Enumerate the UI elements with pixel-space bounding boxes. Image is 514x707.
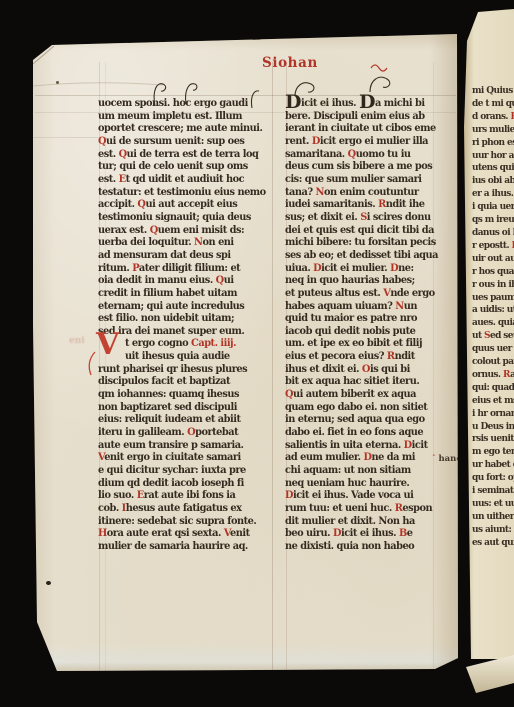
- text-line: danus oi l: [472, 227, 514, 240]
- text-segment: uir out au: [472, 254, 514, 264]
- red-capital: O: [362, 364, 370, 375]
- text-line: Dicit ei ihus. Vade voca ui: [285, 490, 460, 503]
- red-capital: O: [187, 427, 195, 438]
- text-line: uiua. Dicit ei mulier. Dne:: [285, 263, 460, 276]
- text-segment: uerba dei loquitur.: [98, 237, 194, 248]
- text-segment: utens quia: [472, 163, 514, 173]
- text-segment: i quia uer: [472, 202, 514, 212]
- text-line: qu fort: opi: [472, 472, 514, 485]
- parchment-crease: [33, 83, 163, 86]
- text-line: r epostt. Du: [472, 240, 514, 253]
- red-capital: D: [313, 263, 321, 274]
- red-capital: H: [510, 112, 514, 122]
- text-segment: uit ihesus quia audie: [125, 351, 230, 362]
- text-segment: et puteus altus est.: [285, 288, 383, 299]
- text-segment: ornus.: [472, 370, 503, 380]
- red-capital: N: [316, 187, 324, 198]
- text-line: michi bibere: tu forsitan pecis: [285, 237, 460, 250]
- red-capital: Q: [216, 275, 224, 286]
- text-segment: aute eum transire p samaria.: [98, 440, 243, 451]
- red-capital: Capt. iiij.: [191, 338, 236, 349]
- text-segment: est.: [98, 149, 119, 160]
- text-line: uocem sponsi. hoc ergo gaudi: [98, 98, 276, 111]
- text-segment: u Deus in: [472, 422, 514, 432]
- text-segment: a uidis: ut: [472, 305, 514, 315]
- text-line: de t mi qui: [472, 98, 514, 111]
- red-capital: D: [333, 528, 341, 539]
- ink-show-through: eni: [69, 336, 85, 346]
- text-segment: itinere: sedebat sic supra fonte.: [98, 516, 256, 527]
- text-segment: eternam; qui aute incredulus: [98, 301, 244, 312]
- text-line: quam ego dabo ei. non sitiet: [285, 402, 460, 415]
- text-segment: uiua.: [285, 263, 313, 274]
- text-segment: mulier de samaria haurire aq.: [98, 541, 248, 552]
- text-segment: neq ueniam huc haurire.: [285, 478, 409, 489]
- text-line: e qui dicitur sychar: iuxta pre: [98, 465, 276, 478]
- text-segment: ritum.: [98, 263, 132, 274]
- text-line: samaritana. Quomo tu iu: [285, 149, 460, 162]
- text-line: ne dixisti. quia non habeo: [285, 541, 460, 554]
- red-capital: N: [395, 301, 403, 312]
- text-line: oportet crescere; me aute minui.: [98, 123, 276, 136]
- red-capital: H: [98, 528, 107, 539]
- text-segment: er a ihus. I: [472, 189, 514, 199]
- text-segment: urs mulier.: [472, 125, 514, 135]
- text-segment: uur hor ab: [472, 151, 514, 161]
- text-segment: est filio. non uidebit uitam;: [98, 313, 234, 324]
- text-segment: quus uer: [472, 344, 512, 354]
- text-segment: r ous in ihno: [472, 280, 514, 290]
- text-segment: eius: reliquit iudeam et abiit: [98, 414, 240, 425]
- text-line: beo uiru. Dicit ei ihus. Be: [285, 528, 460, 541]
- text-segment: lio suo.: [98, 490, 137, 501]
- text-line: tur; qui de celo uenit sup oms: [98, 161, 276, 174]
- text-segment: au: [510, 370, 514, 380]
- text-segment: neq in quo haurias habes;: [285, 275, 415, 286]
- manuscript-page: Siohan uocem sponsi. hoc ergo gaudium me…: [33, 34, 458, 671]
- red-capital: D: [404, 440, 412, 451]
- text-segment: icit: [412, 440, 428, 451]
- text-segment: beo uiru.: [285, 528, 333, 539]
- text-segment: cob.: [98, 503, 122, 514]
- text-segment: uem eni misit ds:: [158, 225, 244, 236]
- text-segment: ses ab eo; et dedisset tibi aqua: [285, 250, 438, 261]
- text-line: mi Quius q: [472, 85, 514, 98]
- text-segment: dabo ei. fiet in eo fons aque: [285, 427, 423, 438]
- under-leaf-edge: [466, 655, 514, 693]
- text-segment: qu fort: opi: [472, 473, 514, 483]
- text-line: qs m ireue: [472, 214, 514, 227]
- text-line: aute eum transire p samaria.: [98, 440, 276, 453]
- red-capital: E: [119, 174, 126, 185]
- text-line: eius: reliquit iudeam et abiit: [98, 414, 276, 427]
- text-line: testatur: et testimoniu eius nemo: [98, 187, 276, 200]
- text-line: rent. Dicit ergo ei mulier illa: [285, 136, 460, 149]
- text-segment: chi aquam: ut non sitiam: [285, 465, 411, 476]
- text-segment: um meum impletu est. Illum: [98, 111, 242, 122]
- text-line: neq in quo haurias habes;: [285, 275, 460, 288]
- text-segment: ui de sursum uenit: sup oes: [106, 136, 244, 147]
- text-segment: dit mulier et dixit. Non ha: [285, 516, 415, 527]
- text-line: ihus et dixit ei. Ois qui bi: [285, 364, 460, 377]
- manuscript-photo: Siohan uocem sponsi. hoc ergo gaudium me…: [0, 0, 514, 707]
- text-line: dit mulier et dixit. Non ha: [285, 516, 460, 529]
- text-segment: t qd uidit et audiuit hoc: [126, 174, 245, 185]
- text-line: d orans. Hon: [472, 111, 514, 124]
- text-segment: ui autem biberit ex aqua: [293, 389, 416, 400]
- text-segment: ut: [472, 331, 484, 341]
- text-segment: bere. Discipuli enim eius ab: [285, 111, 425, 122]
- text-segment: hesus aute fatigatus ex: [126, 503, 242, 514]
- text-segment: discipulos facit et baptizat: [98, 376, 230, 387]
- text-line: uur hor ab: [472, 150, 514, 163]
- parchment-speck: [56, 81, 59, 84]
- text-line: Qui autem biberit ex aqua: [285, 389, 460, 402]
- text-line: rsis uenit:: [472, 433, 514, 446]
- red-capital: Q: [119, 149, 127, 160]
- text-line: dium qd dedit iacob ioseph fi: [98, 478, 276, 491]
- text-segment: ed seu: [490, 331, 514, 341]
- text-segment: quid tu maior es patre nro: [285, 313, 417, 324]
- red-capital: B: [399, 528, 407, 539]
- red-capital: R: [387, 351, 395, 362]
- text-segment: uomo tu iu: [356, 149, 411, 160]
- text-segment: um. et ipe ex eo bibit et filij: [285, 338, 422, 349]
- text-line: ius obi ab: [472, 175, 514, 188]
- text-line: cob. Ihesus aute fatigatus ex: [98, 503, 276, 516]
- text-segment: est.: [98, 174, 119, 185]
- text-segment: accipit.: [98, 199, 137, 210]
- edge-stain: [252, 37, 261, 40]
- text-line: i seminat u: [472, 485, 514, 498]
- text-line: Venit ergo in ciuitate samari: [98, 452, 276, 465]
- text-line: uerba dei loquitur. Non eni: [98, 237, 276, 250]
- text-segment: ndit ihe: [386, 199, 425, 210]
- red-capital: Q: [348, 149, 356, 160]
- text-segment: dei et quis est qui dicit tibi da: [285, 225, 434, 236]
- chapter-initial: V: [96, 330, 119, 360]
- text-segment: icit ei mulier.: [321, 263, 390, 274]
- text-segment: quam ego dabo ei. non sitiet: [285, 402, 427, 413]
- facing-page-edge: mi Quius qde t mi quid orans. Honurs mul…: [461, 7, 514, 659]
- text-line: cis: que sum mulier samari: [285, 174, 460, 187]
- text-line: quus uer: [472, 343, 514, 356]
- text-line: qui: quadrs: [472, 382, 514, 395]
- text-line: ritum. Pater diligit filium: et: [98, 263, 276, 276]
- text-line: iacob qui dedit nobis pute: [285, 326, 460, 339]
- text-line: rum tuu: et ueni huc. Respon: [285, 503, 460, 516]
- text-line: accipit. Qui aut accepit eius: [98, 199, 276, 212]
- text-segment: i seminat u: [472, 486, 514, 496]
- text-segment: uocem sponsi. hoc ergo gaudi: [98, 98, 248, 109]
- text-line: est filio. non uidebit uitam;: [98, 313, 276, 326]
- text-segment: r hos quant: [472, 267, 514, 277]
- text-line: uit ihesus quia audie: [98, 351, 276, 364]
- text-segment: ne dixisti. quia non habeo: [285, 541, 414, 552]
- text-segment: r epostt.: [472, 241, 512, 251]
- text-segment: qs m ireue: [472, 215, 514, 225]
- text-segment: icit ei ihus. Vade voca ui: [293, 490, 413, 501]
- text-segment: runt pharisei qr ihesus plures: [98, 364, 247, 375]
- red-capital: D: [390, 263, 398, 274]
- red-capital: N: [194, 237, 202, 248]
- text-line: ad mensuram dat deus spi: [98, 250, 276, 263]
- text-segment: testatur: et testimoniu eius nemo: [98, 187, 266, 198]
- text-line: oia dedit in manu eius. Qui: [98, 275, 276, 288]
- text-segment: uus: et uui: [472, 499, 514, 509]
- text-line: eius et pecora eius? Rndit: [285, 351, 460, 364]
- text-segment: in eternu; sed aqua qua ego: [285, 414, 425, 425]
- red-capital: D: [312, 136, 320, 147]
- text-line: et puteus altus est. Vnde ergo: [285, 288, 460, 301]
- text-line: ut Sed seu: [472, 330, 514, 343]
- text-segment: non baptizaret sed discipuli: [98, 402, 237, 413]
- text-segment: qm iohannes: quamq ihesus: [98, 389, 239, 400]
- text-segment: un uither: [472, 512, 514, 522]
- text-line: itinere: sedebat sic supra fonte.: [98, 516, 276, 529]
- text-line: urs mulier.: [472, 124, 514, 137]
- text-line: un uither: [472, 511, 514, 524]
- text-segment: bit ex aqua hac sitiet iteru.: [285, 376, 419, 387]
- text-segment: i hr ornam: [472, 409, 514, 419]
- text-line: ur habet oia: [472, 459, 514, 472]
- text-segment: on eni: [203, 237, 234, 248]
- red-capital: E: [137, 490, 144, 501]
- text-line: uus: et uui: [472, 498, 514, 511]
- parchment-speck: [46, 581, 51, 585]
- text-line: colout pau: [472, 356, 514, 369]
- text-line: utens quia: [472, 162, 514, 175]
- text-line: uir out au: [472, 253, 514, 266]
- text-segment: michi bibere: tu forsitan pecis: [285, 237, 436, 248]
- text-segment: ui: [224, 275, 234, 286]
- text-segment: on enim coutuntur: [324, 187, 419, 198]
- text-line: Qui de sursum uenit: sup oes: [98, 136, 276, 149]
- left-text-column: uocem sponsi. hoc ergo gaudium meum impl…: [98, 98, 276, 554]
- text-line: Dicit ei ihus. Da michi bi: [285, 98, 460, 111]
- text-line: qm iohannes: quamq ihesus: [98, 389, 276, 402]
- text-line: r hos quant: [472, 266, 514, 279]
- red-capital: Q: [285, 389, 293, 400]
- red-flourish-mark: [371, 65, 387, 71]
- text-segment: eius et pecora eius?: [285, 351, 387, 362]
- corner-fold-crease: [33, 46, 54, 64]
- text-line: non baptizaret sed discipuli: [98, 402, 276, 415]
- text-segment: e: [407, 528, 413, 539]
- text-line: mulier de samaria haurire aq.: [98, 541, 276, 554]
- text-segment: iteru in galileam.: [98, 427, 187, 438]
- text-segment: es aut quid: [472, 538, 514, 548]
- text-segment: icit ei ihus.: [341, 528, 399, 539]
- text-line: aues. quia: [472, 317, 514, 330]
- text-segment: un: [404, 301, 417, 312]
- text-line: Hora aute erat qsi sexta. Venit: [98, 528, 276, 541]
- text-line: iudei samaritanis. Rndit ihe: [285, 199, 460, 212]
- text-line: sed ira dei manet super eum.: [98, 326, 276, 339]
- red-capital: S: [360, 212, 367, 223]
- text-line: in eternu; sed aqua qua ego: [285, 414, 460, 427]
- text-line: habes aquam uiuam? Nun: [285, 301, 460, 314]
- text-segment: ora aute erat qsi sexta.: [107, 528, 224, 539]
- red-capital: D: [285, 490, 293, 501]
- text-segment: colout pau: [472, 357, 514, 367]
- text-line: ornus. Rau: [472, 369, 514, 382]
- text-line: um. et ipe ex eo bibit et filij: [285, 338, 460, 351]
- text-segment: oia dedit in manu eius.: [98, 275, 216, 286]
- text-line: er a ihus. I: [472, 188, 514, 201]
- text-line: uerax est. Quem eni misit ds:: [98, 225, 276, 238]
- text-segment: ndit: [395, 351, 415, 362]
- text-segment: enit: [230, 528, 250, 539]
- text-segment: ius obi ab: [472, 176, 514, 186]
- text-segment: us aiunt: b: [472, 525, 514, 535]
- text-segment: icit ergo ei mulier illa: [320, 136, 428, 147]
- text-segment: danus oi l: [472, 228, 514, 238]
- text-line: deus cum sis bibere a me pos: [285, 161, 460, 174]
- text-line: u Deus in: [472, 421, 514, 434]
- red-capital: P: [132, 263, 139, 274]
- text-line: um meum impletu est. Illum: [98, 111, 276, 124]
- text-segment: ur habet oia: [472, 460, 514, 470]
- facing-page-text: mi Quius qde t mi quid orans. Honurs mul…: [472, 85, 514, 550]
- text-segment: aues. quia: [472, 318, 514, 328]
- text-line: dabo ei. fiet in eo fons aque: [285, 427, 460, 440]
- text-line: ses ab eo; et dedisset tibi aqua: [285, 250, 460, 263]
- text-segment: e qui dicitur sychar: iuxta pre: [98, 465, 246, 476]
- text-line: quid tu maior es patre nro: [285, 313, 460, 326]
- text-segment: rat aute ibi fons ia: [144, 490, 236, 501]
- text-line: dei et quis est qui dicit tibi da: [285, 225, 460, 238]
- text-line: a uidis: ut: [472, 304, 514, 317]
- text-segment: is qui bi: [370, 364, 410, 375]
- text-line: runt pharisei qr ihesus plures: [98, 364, 276, 377]
- text-line: salientis in uita eterna. Dicit: [285, 440, 460, 453]
- text-segment: tana?: [285, 187, 316, 198]
- text-segment: m ego tener: [472, 447, 514, 457]
- text-segment: sus; et dixit ei.: [285, 212, 360, 223]
- text-line: est. Qui de terra est de terra loq: [98, 149, 276, 162]
- text-segment: ues paum. L: [472, 293, 514, 303]
- text-segment: deus cum sis bibere a me pos: [285, 161, 432, 172]
- text-segment: oportet crescere; me aute minui.: [98, 123, 262, 134]
- text-segment: eius et ms a: [472, 396, 514, 406]
- running-title: Siohan: [262, 55, 318, 71]
- text-line: us aiunt: b: [472, 524, 514, 537]
- text-segment: i scires donu: [367, 212, 431, 223]
- text-line: lio suo. Erat aute ibi fons ia: [98, 490, 276, 503]
- insertion-caret: ˄: [432, 453, 436, 462]
- text-line: m ego tener: [472, 446, 514, 459]
- text-segment: ne:: [398, 263, 413, 274]
- red-capital: R: [378, 199, 386, 210]
- text-segment: tur; qui de celo uenit sup oms: [98, 161, 248, 172]
- text-segment: dium qd dedit iacob ioseph fi: [98, 478, 244, 489]
- text-line: neq ueniam huc haurire.: [285, 478, 460, 491]
- text-segment: enit ergo in ciuitate samari: [104, 452, 241, 463]
- text-segment: t ergo cogno: [125, 338, 191, 349]
- text-line: i hr ornam: [472, 408, 514, 421]
- text-segment: rsis uenit:: [472, 434, 514, 444]
- text-segment: ater diligit filium: et: [139, 263, 240, 274]
- text-line: eternam; qui aute incredulus: [98, 301, 276, 314]
- text-segment: mi Quius q: [472, 86, 514, 96]
- text-segment: sed ira dei manet super eum.: [98, 326, 244, 337]
- text-segment: salientis in uita eterna.: [285, 440, 404, 451]
- text-segment: ui de terra est de terra loq: [127, 149, 259, 160]
- text-segment: qui: quadrs: [472, 383, 514, 393]
- text-line: r ous in ihno: [472, 279, 514, 292]
- text-segment: icit ei ihus.: [301, 98, 359, 109]
- red-capital: Q: [98, 136, 106, 147]
- text-line: sus; et dixit ei. Si scires donu: [285, 212, 460, 225]
- text-segment: a michi bi: [375, 98, 425, 109]
- text-segment: rum tuu: et ueni huc.: [285, 503, 395, 514]
- text-segment: cis: que sum mulier samari: [285, 174, 421, 185]
- text-segment: d orans.: [472, 112, 510, 122]
- ruling-line-horizontal: [33, 137, 99, 138]
- text-line: discipulos facit et baptizat: [98, 376, 276, 389]
- text-segment: ui aut accepit eius: [145, 199, 237, 210]
- text-segment: ne da mi: [372, 452, 415, 463]
- text-line: t ergo cogno Capt. iiij.: [98, 338, 276, 351]
- margin-note: ˄ hanc: [432, 453, 462, 464]
- text-line: ierant in ciuitate ut cibos eme: [285, 123, 460, 136]
- text-line: ues paum. L: [472, 292, 514, 305]
- text-line: iteru in galileam. Oportebat: [98, 427, 276, 440]
- text-line: tana? Non enim coutuntur: [285, 187, 460, 200]
- red-capital: R: [503, 370, 510, 380]
- text-segment: portebat: [195, 427, 238, 438]
- text-line: bere. Discipuli enim eius ab: [285, 111, 460, 124]
- text-segment: uerax est.: [98, 225, 150, 236]
- right-text-column: Dicit ei ihus. Da michi bibere. Discipul…: [285, 98, 460, 554]
- text-line: chi aquam: ut non sitiam: [285, 465, 460, 478]
- text-line: est. Et qd uidit et audiuit hoc: [98, 174, 276, 187]
- text-segment: samaritana.: [285, 149, 348, 160]
- red-capital: D: [364, 452, 372, 463]
- text-segment: espon: [402, 503, 432, 514]
- text-segment: iudei samaritanis.: [285, 199, 378, 210]
- text-line: i quia uer: [472, 201, 514, 214]
- text-line: ri phon es d: [472, 137, 514, 150]
- text-segment: de t mi qui: [472, 99, 514, 109]
- text-line: testimoniu signauit; quia deus: [98, 212, 276, 225]
- initial-tail-flourish: [89, 352, 95, 375]
- text-segment: credit in filium habet uitam: [98, 288, 237, 299]
- text-line: bit ex aqua hac sitiet iteru.: [285, 376, 460, 389]
- text-line: credit in filium habet uitam: [98, 288, 276, 301]
- text-line: eius et ms a: [472, 395, 514, 408]
- text-segment: ierant in ciuitate ut cibos eme: [285, 123, 436, 134]
- text-segment: iacob qui dedit nobis pute: [285, 326, 415, 337]
- text-segment: ihus et dixit ei.: [285, 364, 362, 375]
- text-line: es aut quid: [472, 537, 514, 550]
- text-segment: nde ergo: [390, 288, 434, 299]
- text-segment: rent.: [285, 136, 312, 147]
- text-segment: ad eum mulier.: [285, 452, 364, 463]
- red-capital: Q: [150, 225, 158, 236]
- text-segment: ri phon es d: [472, 138, 514, 148]
- text-segment: ad mensuram dat deus spi: [98, 250, 231, 261]
- margin-note-text: hanc: [438, 454, 461, 464]
- text-segment: testimoniu signauit; quia deus: [98, 212, 251, 223]
- text-segment: habes aquam uiuam?: [285, 301, 395, 312]
